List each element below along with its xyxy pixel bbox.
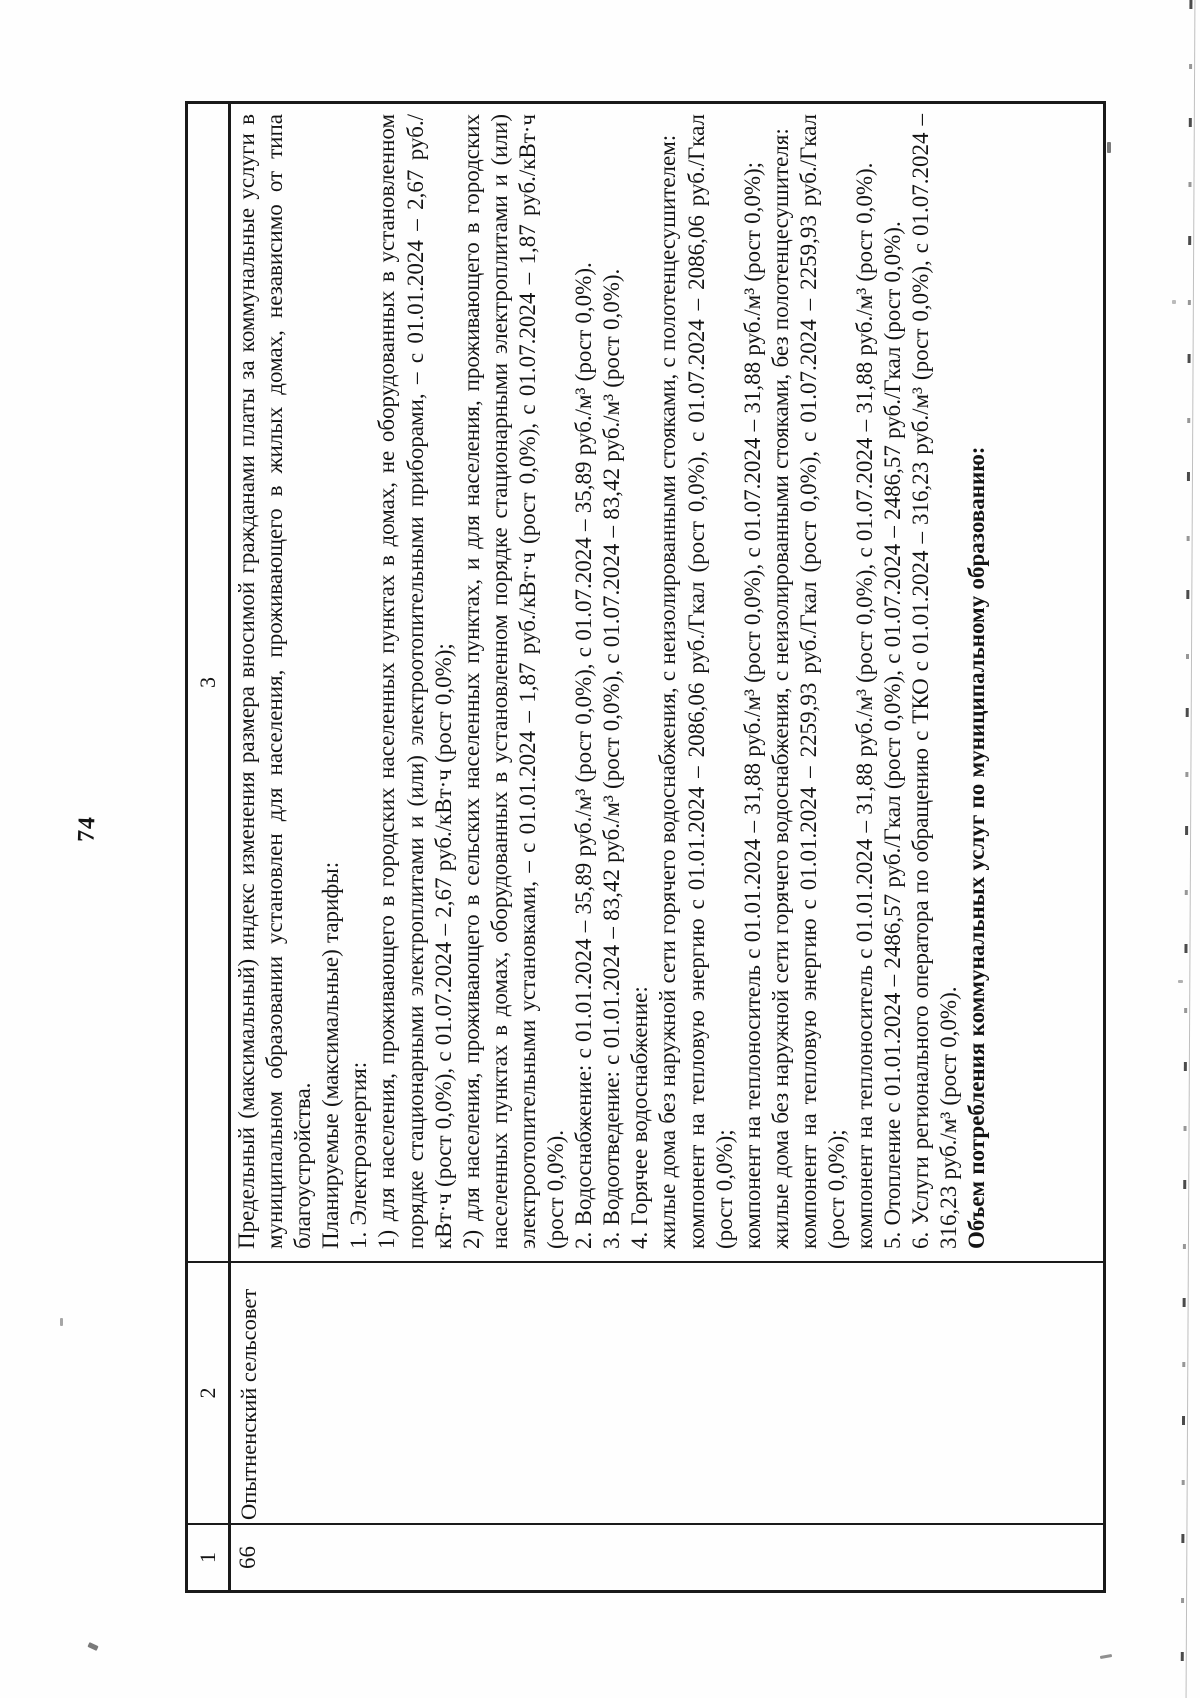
page-number: 74	[74, 816, 102, 843]
table-row: 66 Опытненский сельсовет Предельный (мак…	[231, 104, 1103, 1590]
col3-text: Предельный (максимальный) индекс изменен…	[231, 104, 992, 1261]
row-number-cell: 66	[231, 1523, 1103, 1590]
paragraph: 1) для населения, проживающего в городск…	[373, 114, 457, 1249]
paragraph: Планируемые (максимальные) тарифы:	[317, 114, 345, 1249]
paragraph: компонент на тепловую энергию с 01.01.20…	[683, 114, 739, 1249]
municipality-name: Опытненский сельсовет	[231, 1263, 262, 1523]
paragraph: Предельный (максимальный) индекс изменен…	[233, 114, 317, 1249]
header-cell-2: 2	[188, 1261, 228, 1523]
header-cell-1: 1	[188, 1523, 228, 1590]
paragraph: 4. Горячее водоснабжение:	[626, 114, 654, 1249]
tariff-table: 1 2 3 66 Опытненский сельсовет Предельны…	[185, 101, 1106, 1593]
paragraph: компонент на теплоноситель с 01.01.2024 …	[851, 114, 879, 1249]
row-number: 66	[231, 1525, 261, 1590]
paragraph: 6. Услуги регионального оператора по обр…	[907, 114, 963, 1249]
paragraph: 2. Водоснабжение: с 01.01.2024 – 35,89 р…	[570, 114, 598, 1249]
paragraph: Объем потребления коммунальных услуг по …	[963, 114, 991, 1249]
paragraph: 3. Водоотведение: с 01.01.2024 – 83,42 р…	[598, 114, 626, 1249]
index-description-cell: Предельный (максимальный) индекс изменен…	[231, 104, 1103, 1261]
header-cell-3: 3	[188, 104, 228, 1261]
paragraph: 1. Электроэнергия:	[345, 114, 373, 1249]
paragraph: компонент на тепловую энергию с 01.01.20…	[795, 114, 851, 1249]
paragraph: жилые дома без наружной сети горячего во…	[767, 114, 795, 1249]
paragraph: 2) для населения, проживающего в сельски…	[458, 114, 570, 1249]
paragraph: 5. Отопление с 01.01.2024 – 2486,57 руб.…	[879, 114, 907, 1249]
paragraph: жилые дома без наружной сети горячего во…	[654, 114, 682, 1249]
table-header-row: 1 2 3	[188, 104, 231, 1590]
paragraph: компонент на теплоноситель с 01.01.2024 …	[739, 114, 767, 1249]
scanned-document-page: 74 1 2 3 66 Опытненский сельсовет Предел…	[0, 0, 1200, 1698]
rotated-landscape-sheet: 74 1 2 3 66 Опытненский сельсовет Предел…	[0, 0, 1200, 1698]
municipality-cell: Опытненский сельсовет	[231, 1261, 1103, 1523]
